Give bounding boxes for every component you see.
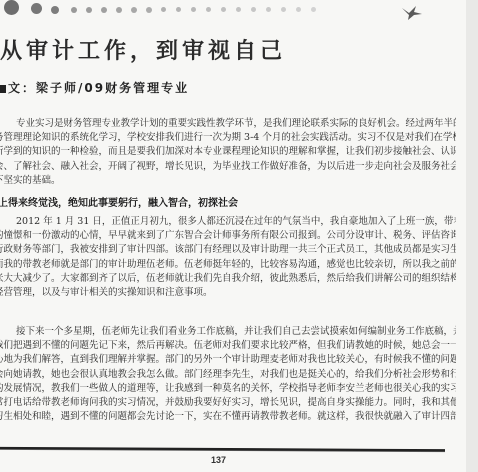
- text-line: 所学到的知识的一种检验，而且是要我们加深对本专业课程理论知识的理解和掌握，让我们…: [0, 145, 456, 159]
- paragraph-3: 接下来一个多星期，伍老师先让我们看业务工作底稿，并让我们自己去尝试摸索如何编制业…: [0, 325, 456, 424]
- page-number: 137: [211, 455, 226, 465]
- page-edge: [466, 0, 478, 472]
- text-line: 习生相处和睦，遇到不懂的问题都会先讨论一下，实在不懂再请教带教老师。就这样，我很…: [0, 410, 456, 424]
- text-line: 务管理理论知识的系统化学习，学校安排我们进行一次为期 3-4 个月的社会实践活动…: [0, 131, 456, 145]
- section-heading: 上得来终觉浅，绝知此事要躬行，融入智合，初探社会: [0, 194, 238, 209]
- text-line: 接下来一个多星期，伍老师先让我们看业务工作底稿，并让我们自己去尝试摸索如何编制业…: [0, 325, 456, 339]
- bird-icon: [400, 5, 424, 21]
- text-line: 下坚实的基础。: [0, 174, 456, 188]
- footer-rule: [0, 447, 445, 452]
- text-line: 而我的带教老师就是部门的审计助理伍老师。伍老师挺年轻的，比较容易沟通，感觉也比较…: [0, 258, 456, 272]
- byline-marker: [0, 85, 6, 93]
- text-line: 张大大减少了。大家都到齐了以后，伍老师就让我们先自我介绍，彼此熟悉后，然后给我们…: [0, 272, 456, 286]
- byline-text: 文：梁子师/09财务管理专业: [8, 81, 189, 95]
- text-line: 2012 年 1 月 31 日，正值正月初九，很多人都还沉浸在过年的气氛当中，我…: [0, 215, 456, 229]
- text-line: 的憧憬和一份激动的心情，早早就来到了广东智合会计师事务所有限公司报到。公司分设审…: [0, 229, 456, 243]
- text-line: 心地为我们解答，直到我们理解并掌握。部门的另外一个审计助理麦老师对我也比较关心，…: [0, 353, 456, 367]
- text-line: 我们把遇到不懂的问题先记下来，然后再解决。伍老师对我们要求比较严格，但我们请教她…: [0, 339, 456, 353]
- text-line: 专业实习是财务管理专业教学计划的重要实践性教学环节，是我们理论联系实际的良好机会…: [0, 117, 456, 131]
- article-title: 从审计工作，到审视自己: [0, 34, 286, 65]
- intro-paragraph: 专业实习是财务管理专业教学计划的重要实践性教学环节，是我们理论联系实际的良好机会…: [0, 117, 456, 188]
- text-line: 经营管理，以及与审计相关的实操知识和注意事项。: [0, 286, 456, 300]
- text-line: 会、了解社会、融入社会，开阔了视野，增长见识，为毕业找工作做好准备，为以后进一步…: [0, 160, 456, 174]
- text-line: 的发展情况，教我们一些做人的道理等，让我感到一种莫名的关怀，学校指导老师李安兰老…: [0, 382, 456, 396]
- text-line: 行政财务等部门，我被安排到了审计四部。该部门有经理以及审计助理一共三个正式员工，…: [0, 243, 456, 257]
- book-page: 从审计工作，到审视自己 文：梁子师/09财务管理专业 专业实习是财务管理专业教学…: [0, 0, 466, 472]
- article-byline: 文：梁子师/09财务管理专业: [0, 79, 189, 96]
- paragraph-2: 2012 年 1 月 31 日，正值正月初九，很多人都还沉浸在过年的气氛当中，我…: [0, 215, 456, 300]
- text-line: 会向她请教，她也会很认真地教会我怎么做。部门经理李先生，对我们也是挺关心的，给我…: [0, 368, 456, 382]
- text-line: 常打电话给带教老师询问我的实习情况，并鼓励我要好好实习，增长见识，提高自身实操能…: [0, 396, 456, 410]
